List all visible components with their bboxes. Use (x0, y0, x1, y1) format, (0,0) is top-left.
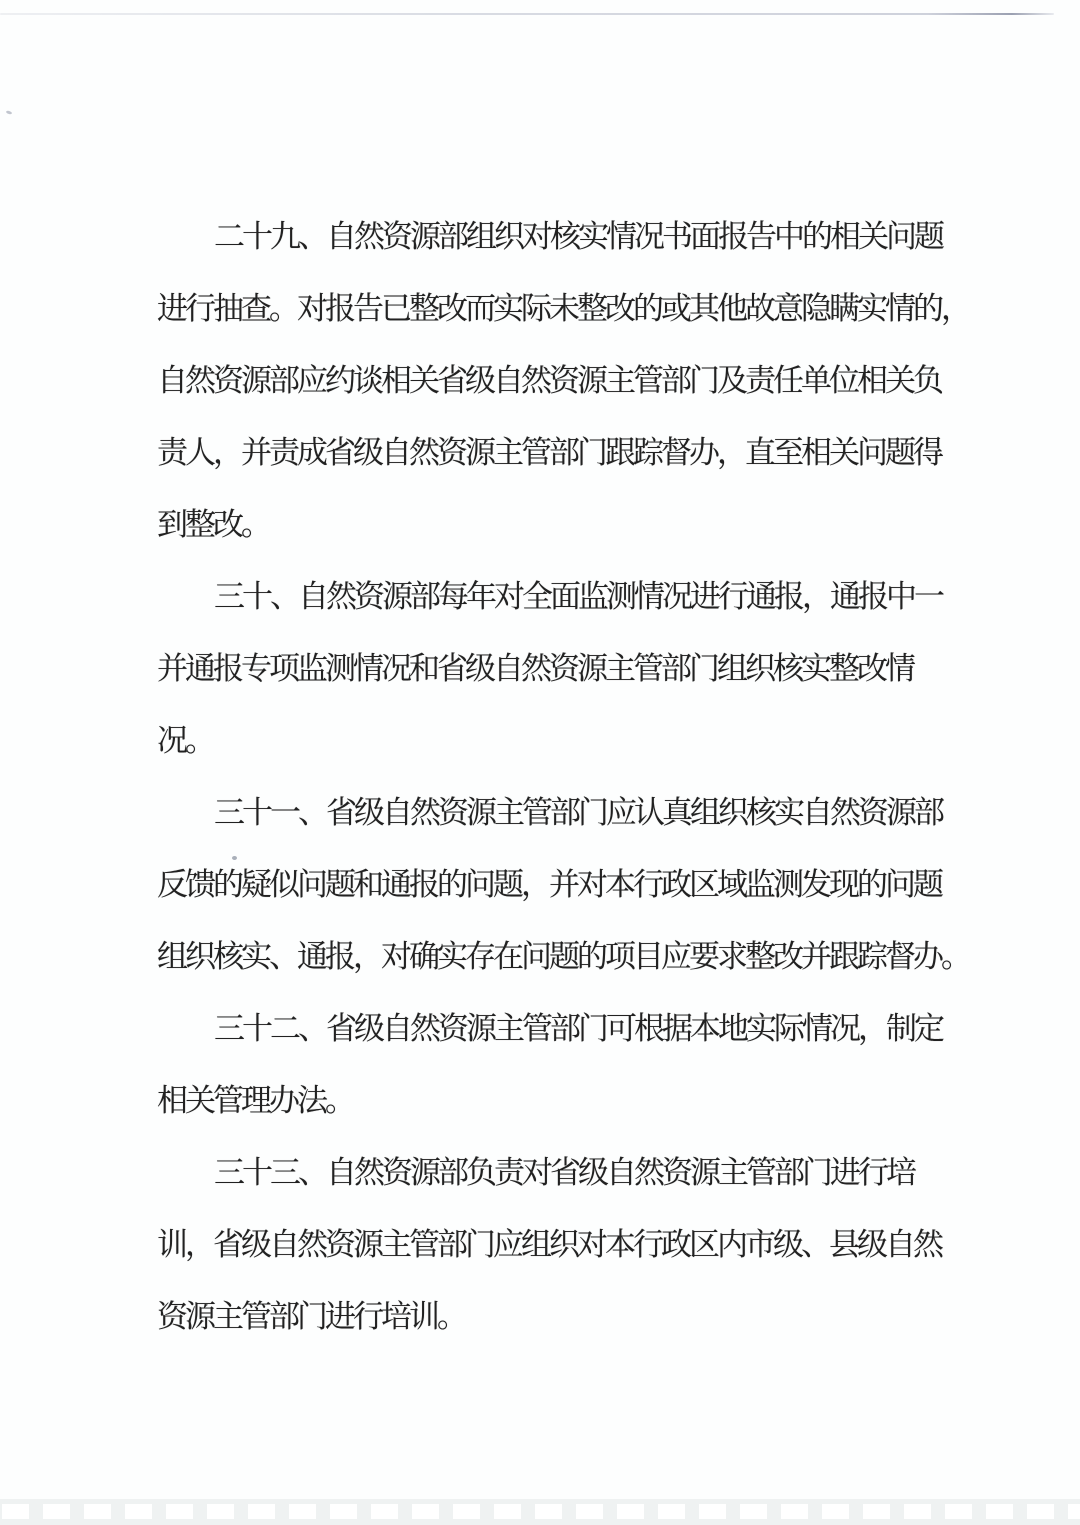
text-line: 并通报专项监测情况和省级自然资源主管部门组织核实整改情 (157, 633, 997, 705)
text-line: 况。 (157, 705, 997, 777)
document-text: 二十九、自然资源部组织对核实情况书面报告中的相关问题进行抽查。对报告已整改而实际… (157, 201, 997, 1353)
text-line: 责人，并责成省级自然资源主管部门跟踪督办，直至相关问题得 (157, 417, 997, 489)
text-line: 相关管理办法。 (157, 1065, 997, 1137)
paragraph-clause-31: 三十一、省级自然资源主管部门应认真组织核实自然资源部反馈的疑似问题和通报的问题，… (157, 777, 997, 993)
paragraph-clause-33: 三十三、自然资源部负责对省级自然资源主管部门进行培训，省级自然资源主管部门应组织… (157, 1137, 997, 1353)
paragraph-clause-30: 三十、自然资源部每年对全面监测情况进行通报，通报中一并通报专项监测情况和省级自然… (157, 561, 997, 777)
text-line: 训，省级自然资源主管部门应组织对本行政区内市级、县级自然 (157, 1209, 997, 1281)
text-line: 进行抽查。对报告已整改而实际未整改的或其他故意隐瞒实情的， (157, 273, 997, 345)
text-line: 资源主管部门进行培训。 (157, 1281, 997, 1353)
paragraph-clause-29: 二十九、自然资源部组织对核实情况书面报告中的相关问题进行抽查。对报告已整改而实际… (157, 201, 997, 561)
text-line: 到整改。 (157, 489, 997, 561)
scan-edge-bottom-dashes (2, 1504, 1080, 1519)
text-line: 自然资源部应约谈相关省级自然资源主管部门及责任单位相关负 (157, 345, 997, 417)
text-line: 组织核实、通报，对确实存在问题的项目应要求整改并跟踪督办。 (157, 921, 997, 993)
text-line: 三十、自然资源部每年对全面监测情况进行通报，通报中一 (157, 561, 997, 633)
scan-speck (6, 110, 13, 115)
text-line: 三十二、省级自然资源主管部门可根据本地实际情况，制定 (157, 993, 997, 1065)
text-line: 三十三、自然资源部负责对省级自然资源主管部门进行培 (157, 1137, 997, 1209)
text-line: 二十九、自然资源部组织对核实情况书面报告中的相关问题 (157, 201, 997, 273)
scan-edge-top-line (0, 13, 1054, 15)
paragraph-clause-32: 三十二、省级自然资源主管部门可根据本地实际情况，制定相关管理办法。 (157, 993, 997, 1137)
text-line: 反馈的疑似问题和通报的问题，并对本行政区域监测发现的问题 (157, 849, 997, 921)
scan-edge-bottom (0, 1499, 1080, 1525)
text-line: 三十一、省级自然资源主管部门应认真组织核实自然资源部 (157, 777, 997, 849)
document-page: 二十九、自然资源部组织对核实情况书面报告中的相关问题进行抽查。对报告已整改而实际… (0, 0, 1080, 1525)
